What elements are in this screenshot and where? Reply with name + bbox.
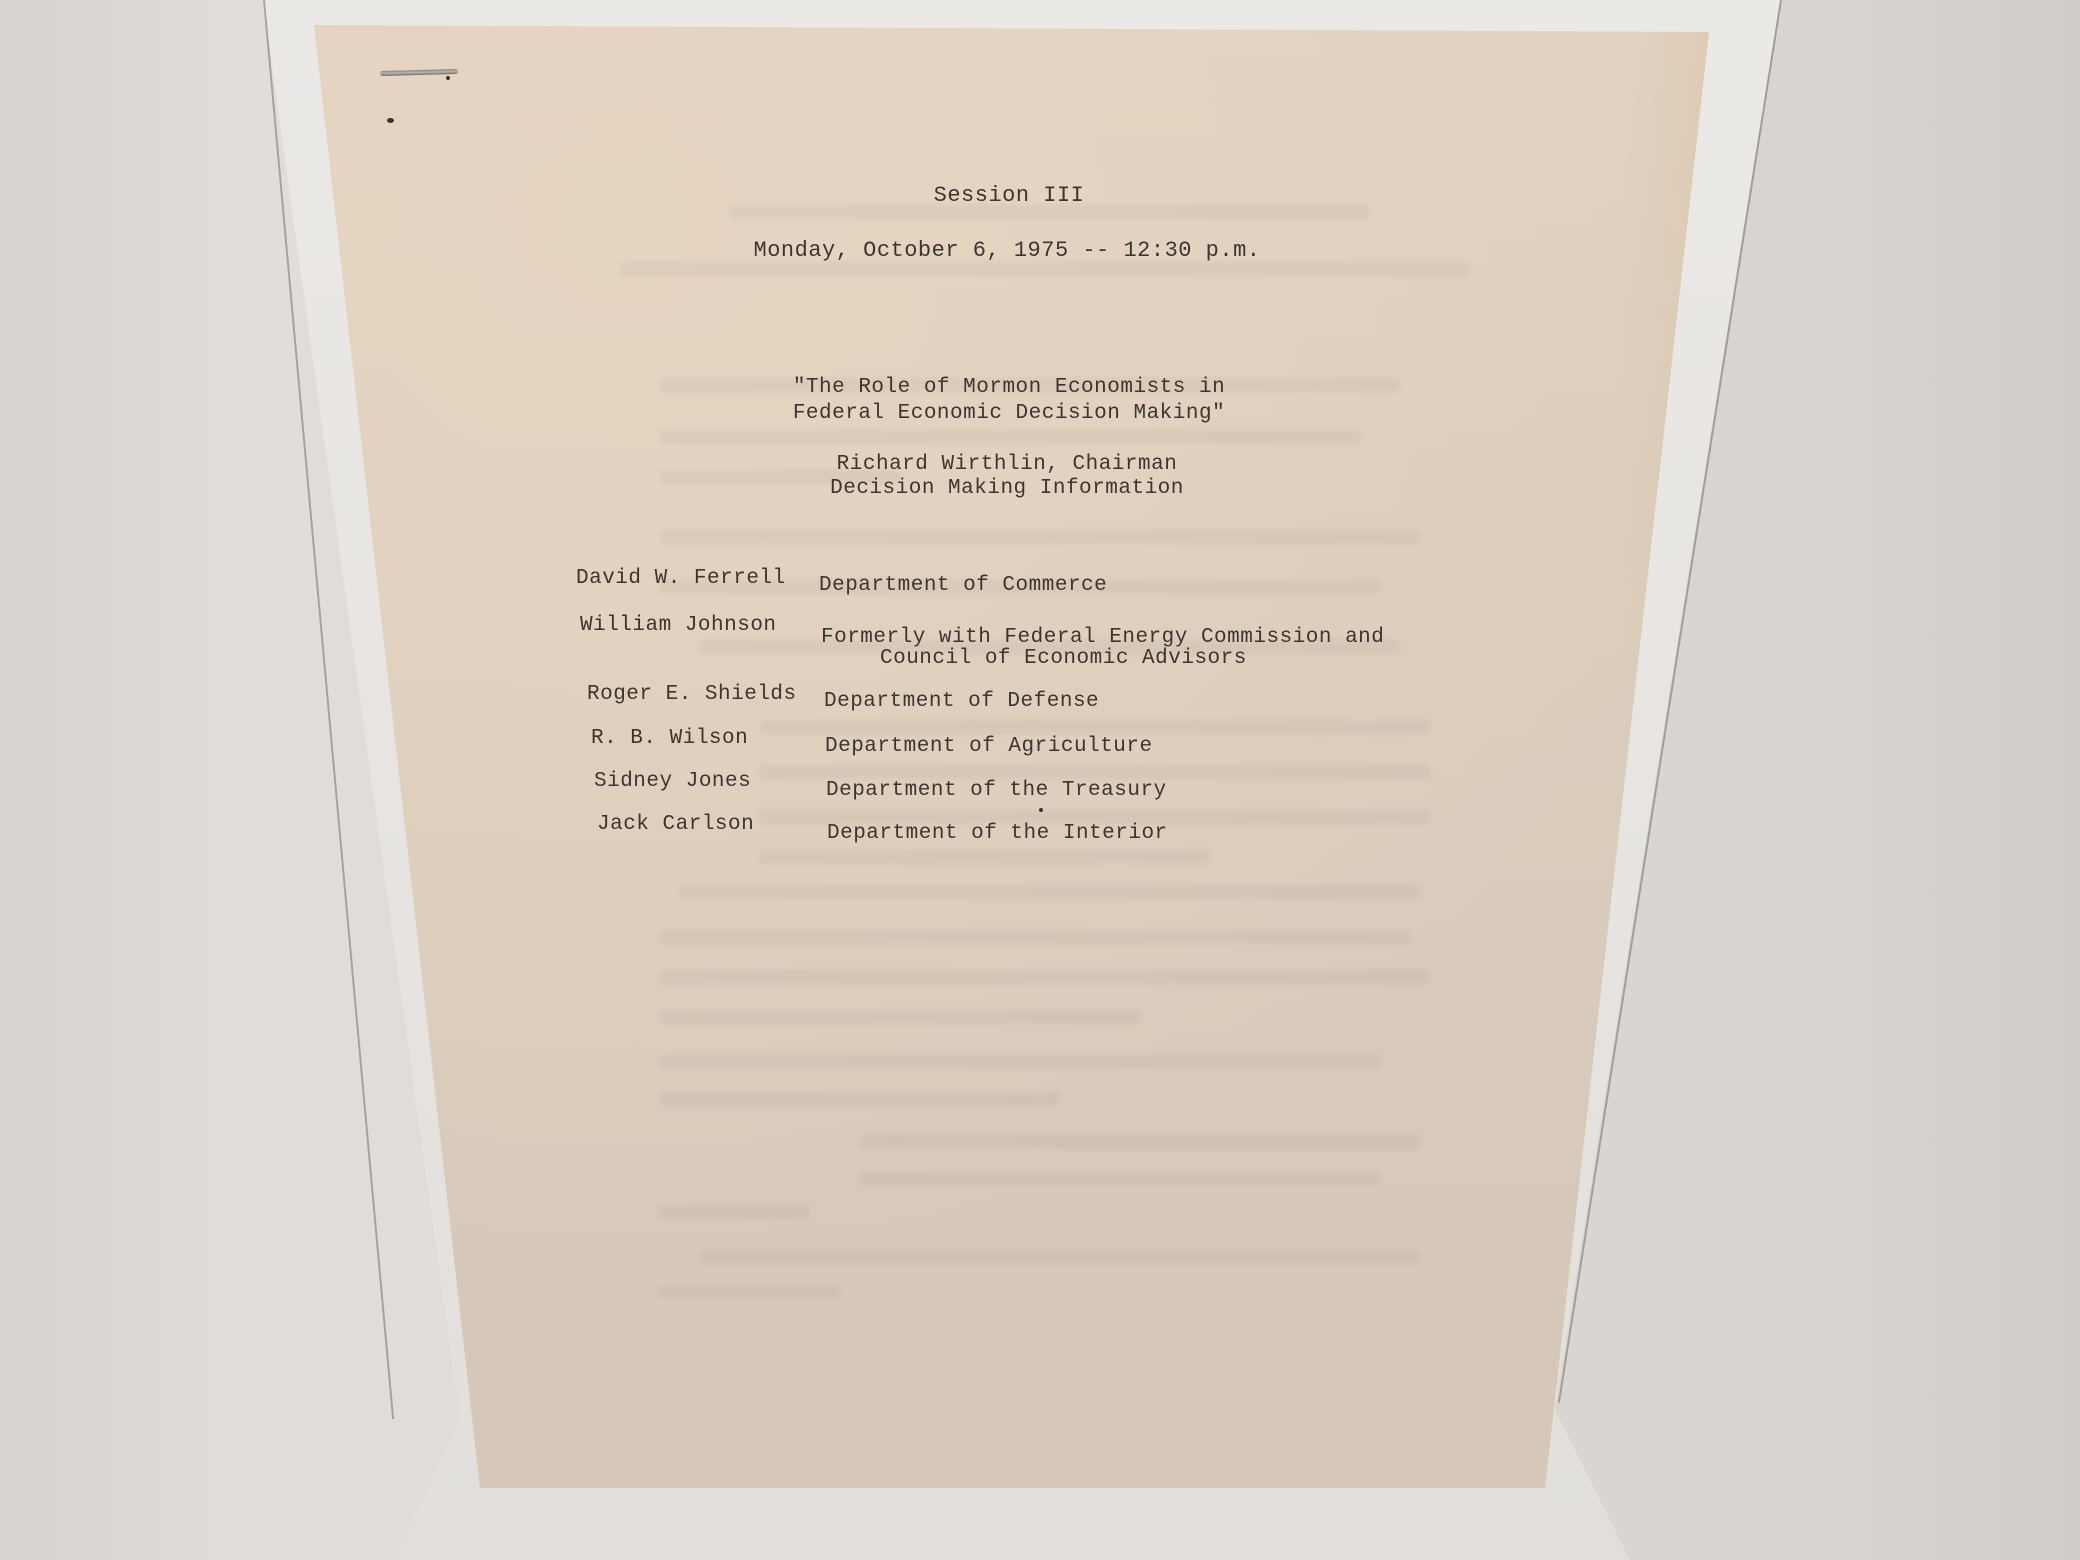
session-heading: Session III (934, 185, 1085, 207)
staple-mark (446, 76, 450, 80)
panelist-name: William Johnson (580, 615, 777, 636)
panelist-affiliation: Department of Commerce (819, 575, 1107, 596)
panelist-name: Sidney Jones (594, 771, 751, 792)
panelist-name: David W. Ferrell (576, 568, 786, 589)
session-title-line-2: Federal Economic Decision Making" (793, 401, 1225, 427)
panelist-name: R. B. Wilson (591, 728, 748, 749)
chairman-name: Richard Wirthlin, Chairman (830, 453, 1184, 477)
panelist-affiliation: Department of the Treasury (826, 780, 1167, 801)
session-title-line-1: "The Role of Mormon Economists in (793, 375, 1225, 401)
panelist-name: Jack Carlson (597, 814, 754, 835)
panelist-name: Roger E. Shields (587, 684, 797, 705)
panelist-affiliation: Department of Defense (824, 691, 1099, 712)
panelist-affiliation: Department of the Interior (827, 823, 1168, 844)
chairman-block: Richard Wirthlin, Chairman Decision Maki… (830, 453, 1184, 501)
chairman-affiliation: Decision Making Information (830, 477, 1184, 501)
panelist-affiliation: Department of Agriculture (825, 736, 1153, 757)
ink-speck (1039, 808, 1043, 812)
session-date-time: Monday, October 6, 1975 -- 12:30 p.m. (754, 240, 1261, 262)
panelist-affiliation: Formerly with Federal Energy Commission … (821, 627, 1384, 648)
panelist-affiliation-cont: Council of Economic Advisors (880, 648, 1247, 669)
session-title: "The Role of Mormon Economists in Federa… (793, 375, 1225, 427)
staple-hole (387, 118, 394, 123)
